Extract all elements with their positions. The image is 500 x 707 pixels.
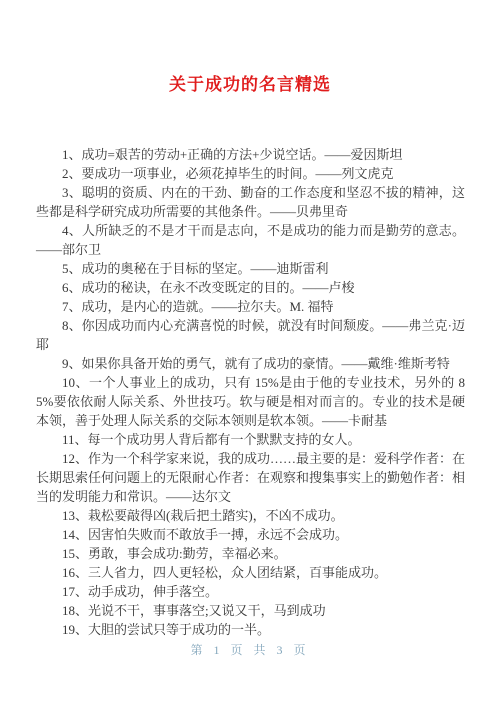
pagination-text: 第 1 页 共 3 页: [190, 643, 309, 657]
quote-list: 1、成功=艰苦的劳动+正确的方法+少说空话。——爱因斯坦 2、要成功一项事业，必…: [36, 145, 465, 639]
quote-item-14: 14、因害怕失败而不敢放手一搏，永远不会成功。: [36, 525, 465, 544]
quote-item-3: 3、聪明的资质、内在的干劲、勤奋的工作态度和坚忍不拔的精神，这些都是科学研究成功…: [36, 183, 465, 221]
quote-item-15: 15、勇敢，事会成功:勤劳，幸福必来。: [36, 544, 465, 563]
quote-item-11: 11、每一个成功男人背后都有一个默默支持的女人。: [36, 430, 465, 449]
quote-item-7: 7、成功，是内心的造就。——拉尔夫。M. 福特: [36, 297, 465, 316]
quote-item-1: 1、成功=艰苦的劳动+正确的方法+少说空话。——爱因斯坦: [36, 145, 465, 164]
quote-item-8: 8、你因成功而内心充满喜悦的时候，就没有时间颓废。——弗兰克·迈耶: [36, 316, 465, 354]
quote-item-6: 6、成功的秘诀，在永不改变既定的目的。——卢梭: [36, 278, 465, 297]
quote-item-16: 16、三人省力，四人更轻松，众人团结紧，百事能成功。: [36, 563, 465, 582]
quote-item-9: 9、如果你具备开始的勇气，就有了成功的豪情。——戴维·维斯考特: [36, 354, 465, 373]
quote-item-17: 17、动手成功，伸手落空。: [36, 582, 465, 601]
quote-item-5: 5、成功的奥秘在于目标的坚定。——迪斯雷利: [36, 259, 465, 278]
quote-item-4: 4、人所缺乏的不是才干而是志向，不是成功的能力而是勤劳的意志。——部尔卫: [36, 221, 465, 259]
page-title: 关于成功的名言精选: [0, 0, 500, 95]
quote-item-2: 2、要成功一项事业，必须花掉毕生的时间。——列文虎克: [36, 164, 465, 183]
pagination: 第 1 页 共 3 页: [0, 641, 500, 658]
quote-item-18: 18、光说不干，事事落空;又说又干，马到成功: [36, 601, 465, 620]
quote-item-10: 10、一个人事业上的成功，只有 15%是由于他的专业技术，另外的 85%要依依耐…: [36, 373, 465, 430]
quote-item-12: 12、作为一个科学家来说，我的成功……最主要的是：爱科学作者：在长期思索任何问题…: [36, 449, 465, 506]
quote-item-19: 19、大胆的尝试只等于成功的一半。: [36, 620, 465, 639]
quote-item-13: 13、栽松要敲得凶(栽后把土踏实)，不凶不成功。: [36, 506, 465, 525]
document-page: 关于成功的名言精选 1、成功=艰苦的劳动+正确的方法+少说空话。——爱因斯坦 2…: [0, 0, 500, 707]
